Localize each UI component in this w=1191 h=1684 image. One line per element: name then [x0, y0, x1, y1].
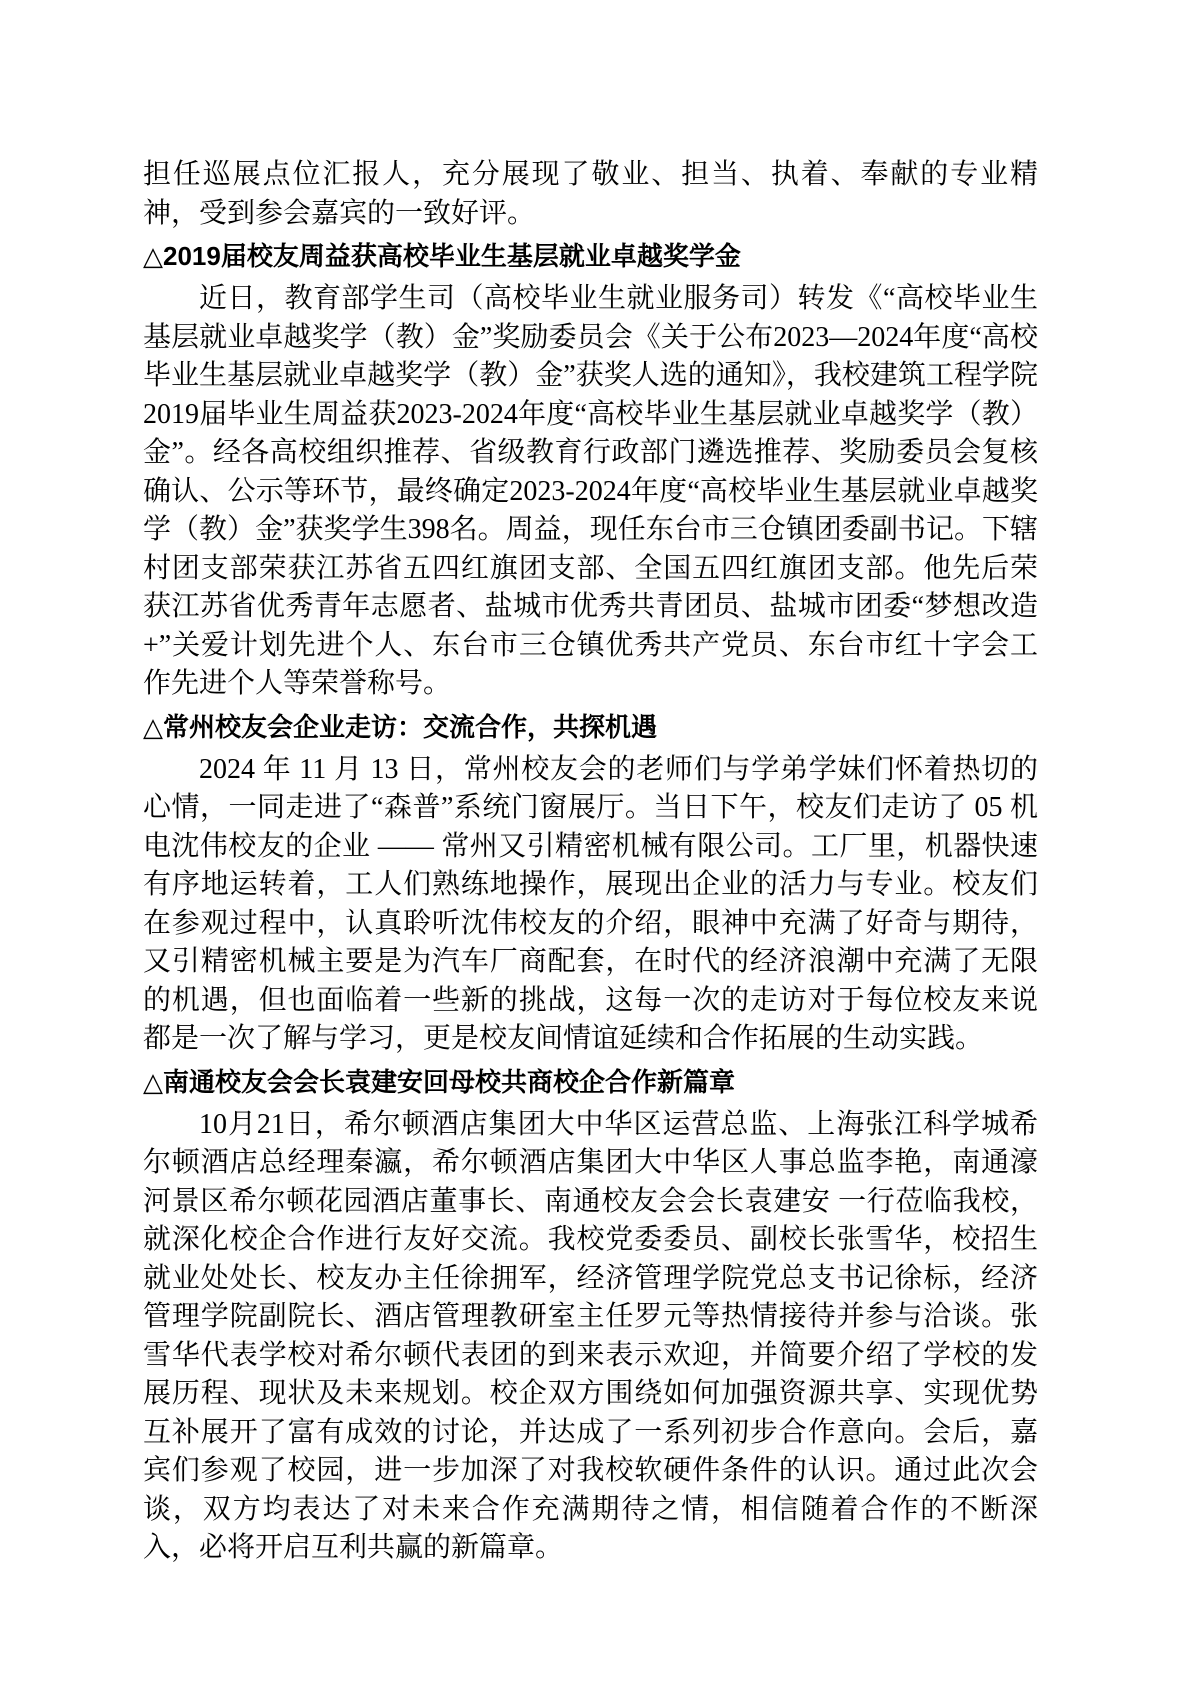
triangle-bullet-icon: △	[143, 712, 163, 742]
triangle-bullet-icon: △	[143, 241, 163, 271]
section-paragraph-nantong-cooperation: 10月21日，希尔顿酒店集团大中华区运营总监、上海张江科学城希尔顿酒店总经理秦瀛…	[143, 1106, 1038, 1568]
section-paragraph-changzhou-visit: 2024 年 11 月 13 日，常州校友会的老师们与学弟学妹们怀着热切的心情，…	[143, 751, 1038, 1059]
triangle-bullet-icon: △	[143, 1067, 163, 1097]
section-heading-text: 南通校友会会长袁建安回母校共商校企合作新篇章	[163, 1067, 735, 1097]
continuation-paragraph: 担任巡展点位汇报人，充分展现了敬业、担当、执着、奉献的专业精神，受到参会嘉宾的一…	[143, 156, 1038, 233]
section-heading-text: 2019届校友周益获高校毕业生基层就业卓越奖学金	[163, 241, 741, 271]
section-paragraph-zhouyi-scholarship: 近日，教育部学生司（高校毕业生就业服务司）转发《“高校毕业生基层就业卓越奖学（教…	[143, 280, 1038, 704]
section-heading-zhouyi-scholarship: △2019届校友周益获高校毕业生基层就业卓越奖学金	[143, 237, 1038, 276]
document-page: 担任巡展点位汇报人，充分展现了敬业、担当、执着、奉献的专业精神，受到参会嘉宾的一…	[0, 0, 1191, 1684]
page-content: 担任巡展点位汇报人，充分展现了敬业、担当、执着、奉献的专业精神，受到参会嘉宾的一…	[143, 156, 1038, 1568]
section-heading-nantong-cooperation: △南通校友会会长袁建安回母校共商校企合作新篇章	[143, 1063, 1038, 1102]
section-heading-changzhou-visit: △常州校友会企业走访：交流合作，共探机遇	[143, 708, 1038, 747]
section-heading-text: 常州校友会企业走访：交流合作，共探机遇	[163, 712, 657, 742]
